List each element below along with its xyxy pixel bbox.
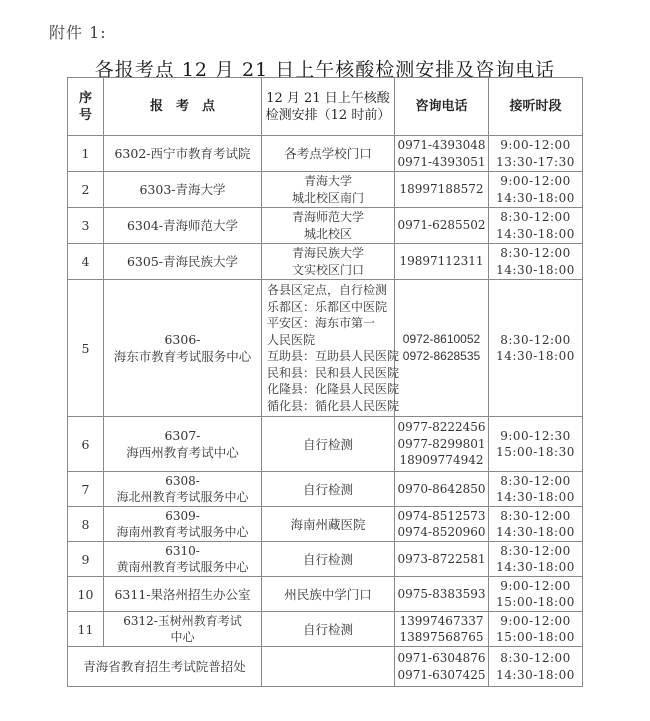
row-test: 自行检测 — [262, 542, 395, 577]
row-hours: 8:30-12:00 14:30-18:00 — [489, 280, 583, 417]
phone-number: 0974-8512573 — [397, 508, 486, 525]
table-footer-row: 青海省教育招生考试院普招处 0971-6304876 0971-6307425 … — [68, 647, 583, 687]
row-test: 各县区定点，自行检测 乐都区：乐都区中医院 平安区：海东市第一 人民医院 互助县… — [262, 280, 395, 417]
table-row: 11 6312-玉树州教育考试 中心 自行检测 13997467337 1389… — [68, 612, 583, 647]
phone-number: 0972-8628535 — [397, 348, 486, 365]
table-header-row: 序 号 报 考 点 12 月 21 日上午核酸 检测安排（12 时前） 咨询电话… — [68, 78, 583, 136]
row-index: 5 — [68, 280, 104, 417]
row-hours: 8:30-12:00 14:30-18:00 — [489, 244, 583, 280]
phone-number: 0975-8383593 — [397, 586, 486, 603]
row-phones: 0970-8642850 — [395, 472, 489, 507]
row-phones: 0971-6285502 — [395, 208, 489, 244]
row-index: 3 — [68, 208, 104, 244]
row-index: 8 — [68, 507, 104, 542]
row-hours: 9:00-12:00 15:00-18:00 — [489, 577, 583, 612]
phone-number: 0971-4393051 — [397, 154, 486, 171]
row-test: 自行检测 — [262, 472, 395, 507]
table-row: 7 6308- 海北州教育考试服务中心 自行检测 0970-8642850 8:… — [68, 472, 583, 507]
row-phones: 0975-8383593 — [395, 577, 489, 612]
row-site: 6307- 海西州教育考试中心 — [104, 417, 262, 472]
table-row: 10 6311-果洛州招生办公室 州民族中学门口 0975-8383593 9:… — [68, 577, 583, 612]
row-site: 6310- 黄南州教育考试服务中心 — [104, 542, 262, 577]
row-hours: 8:30-12:00 14:30-18:00 — [489, 507, 583, 542]
row-index: 7 — [68, 472, 104, 507]
row-site: 6309- 海南州教育考试服务中心 — [104, 507, 262, 542]
row-site: 6306- 海东市教育考试服务中心 — [104, 280, 262, 417]
phone-number: 13897568765 — [397, 629, 486, 646]
header-test: 12 月 21 日上午核酸 检测安排（12 时前） — [262, 78, 395, 136]
schedule-table: 序 号 报 考 点 12 月 21 日上午核酸 检测安排（12 时前） 咨询电话… — [67, 77, 583, 687]
phone-number: 0971-6304876 — [397, 650, 486, 667]
row-index: 2 — [68, 172, 104, 208]
phone-number: 0972-8610052 — [397, 331, 486, 348]
row-hours: 9:00-12:00 15:00-18:00 — [489, 612, 583, 647]
row-index: 1 — [68, 136, 104, 172]
phone-number: 19897112311 — [397, 253, 486, 270]
row-phones: 19897112311 — [395, 244, 489, 280]
row-hours: 8:30-12:00 14:30-18:00 — [489, 472, 583, 507]
row-phones: 0972-8610052 0972-8628535 — [395, 280, 489, 417]
row-test: 州民族中学门口 — [262, 577, 395, 612]
row-phones: 0971-4393048 0971-4393051 — [395, 136, 489, 172]
header-index: 序 号 — [68, 78, 104, 136]
row-test: 青海师范大学 城北校区 — [262, 208, 395, 244]
header-phone: 咨询电话 — [395, 78, 489, 136]
row-site: 6302-西宁市教育考试院 — [104, 136, 262, 172]
footer-site: 青海省教育招生考试院普招处 — [68, 647, 262, 687]
row-index: 11 — [68, 612, 104, 647]
row-phones: 0974-8512573 0974-8520960 — [395, 507, 489, 542]
footer-hours: 8:30-12:00 14:30-18:00 — [489, 647, 583, 687]
row-site: 6305-青海民族大学 — [104, 244, 262, 280]
row-site: 6304-青海师范大学 — [104, 208, 262, 244]
table-row: 1 6302-西宁市教育考试院 各考点学校门口 0971-4393048 097… — [68, 136, 583, 172]
table-row: 6 6307- 海西州教育考试中心 自行检测 0977-8222456 0977… — [68, 417, 583, 472]
row-phones: 13997467337 13897568765 — [395, 612, 489, 647]
row-index: 9 — [68, 542, 104, 577]
row-site: 6312-玉树州教育考试 中心 — [104, 612, 262, 647]
row-test: 各考点学校门口 — [262, 136, 395, 172]
phone-number: 0973-8722581 — [397, 551, 486, 568]
table-row: 4 6305-青海民族大学 青海民族大学 文实校区门口 19897112311 … — [68, 244, 583, 280]
phone-number: 0977-8299801 — [397, 436, 486, 453]
row-phones: 0973-8722581 — [395, 542, 489, 577]
header-hours: 接听时段 — [489, 78, 583, 136]
row-hours: 9:00-12:30 15:00-18:30 — [489, 417, 583, 472]
row-index: 10 — [68, 577, 104, 612]
phone-number: 18909774942 — [397, 452, 486, 469]
table-row: 2 6303-青海大学 青海大学 城北校区南门 18997188572 9:00… — [68, 172, 583, 208]
row-index: 6 — [68, 417, 104, 472]
phone-number: 0977-8222456 — [397, 419, 486, 436]
row-site: 6303-青海大学 — [104, 172, 262, 208]
table-row: 9 6310- 黄南州教育考试服务中心 自行检测 0973-8722581 8:… — [68, 542, 583, 577]
phone-number: 0974-8520960 — [397, 524, 486, 541]
phone-number: 0971-6307425 — [397, 667, 486, 684]
header-site: 报 考 点 — [104, 78, 262, 136]
row-test: 青海大学 城北校区南门 — [262, 172, 395, 208]
phone-number: 0971-6285502 — [397, 217, 486, 234]
phone-number: 0971-4393048 — [397, 137, 486, 154]
row-phones: 18997188572 — [395, 172, 489, 208]
row-site: 6311-果洛州招生办公室 — [104, 577, 262, 612]
row-test: 青海民族大学 文实校区门口 — [262, 244, 395, 280]
phone-number: 18997188572 — [397, 181, 486, 198]
phone-number: 0970-8642850 — [397, 481, 486, 498]
row-test: 海南州藏医院 — [262, 507, 395, 542]
row-phones: 0977-8222456 0977-8299801 18909774942 — [395, 417, 489, 472]
row-site: 6308- 海北州教育考试服务中心 — [104, 472, 262, 507]
phone-number: 13997467337 — [397, 613, 486, 630]
table-row: 5 6306- 海东市教育考试服务中心 各县区定点，自行检测 乐都区：乐都区中医… — [68, 280, 583, 417]
row-hours: 9:00-12:00 13:30-17:30 — [489, 136, 583, 172]
row-test: 自行检测 — [262, 612, 395, 647]
row-hours: 8:30-12:00 14:30-18:00 — [489, 208, 583, 244]
footer-test — [262, 647, 395, 687]
table-row: 3 6304-青海师范大学 青海师范大学 城北校区 0971-6285502 8… — [68, 208, 583, 244]
table-row: 8 6309- 海南州教育考试服务中心 海南州藏医院 0974-8512573 … — [68, 507, 583, 542]
row-hours: 9:00-12:00 14:30-18:00 — [489, 172, 583, 208]
row-hours: 8:30-12:00 14:30-18:00 — [489, 542, 583, 577]
attachment-label: 附件 1: — [49, 20, 107, 43]
row-index: 4 — [68, 244, 104, 280]
row-test: 自行检测 — [262, 417, 395, 472]
footer-phones: 0971-6304876 0971-6307425 — [395, 647, 489, 687]
